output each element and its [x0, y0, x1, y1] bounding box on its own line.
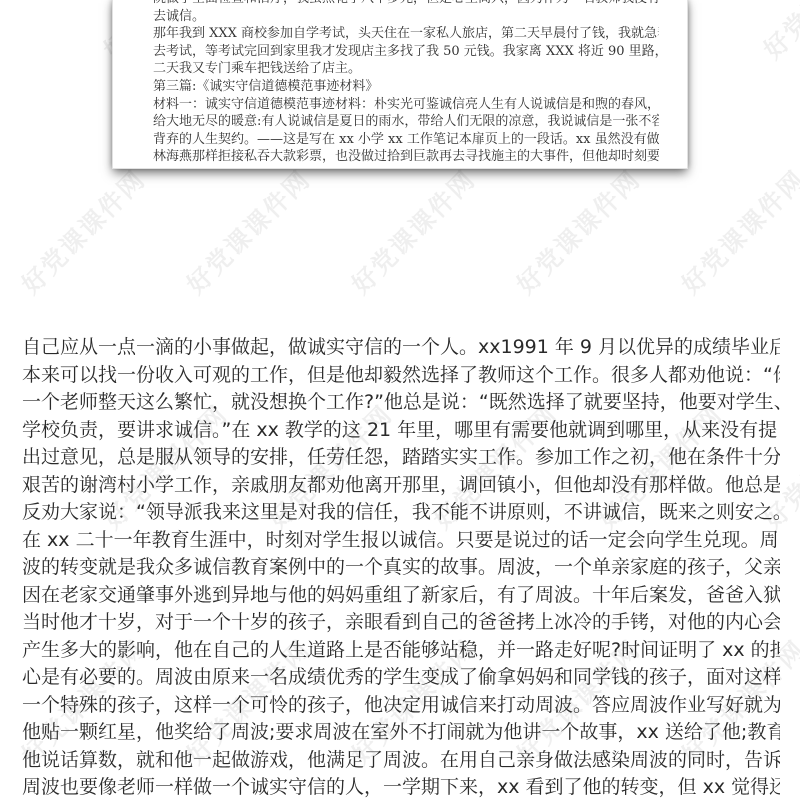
body-text-line: 本来可以找一份收入可观的工作，但是他却毅然选择了教师这个工作。很多人都劝他说：“…: [22, 362, 780, 390]
doc-preview-line: 去考试，等考试完回到家里我才发现店主多找了我 50 元钱。我家离 XXX 将近 …: [153, 43, 659, 61]
body-text-line: 周波也要像老师一样做一个诚实守信的人，一学期下来，xx 看到了他的转变，但 xx…: [22, 774, 780, 800]
body-text-line: 学校负责，要讲求诚信。”在 xx 教学的这 21 年里，哪里有需要他就调到哪里，…: [22, 417, 780, 445]
watermark-text: 好党课课件网: [178, 161, 318, 301]
body-text-line: 自己应从一点一滴的小事做起，做诚实守信的一个人。xx1991 年 9 月以优异的…: [22, 334, 780, 362]
body-text-line: 心是有必要的。周波由原来一名成绩优秀的学生变成了偷拿妈妈和同学钱的孩子，面对这样: [22, 664, 780, 692]
body-text-line: 产生多大的影响，他在自己的人生道路上是否能够站稳，并一路走好呢?时间证明了 xx…: [22, 637, 780, 665]
doc-preview-line: 二天我又专门乘车把钱送给了店主。: [153, 60, 659, 78]
watermark-text: 好党课课件网: [343, 161, 483, 301]
doc-preview-line: 林海燕那样拒接私吞大款彩票，也没做过拾到巨款再去寻找施主的大事件，但他却时刻要求: [153, 148, 659, 166]
doc-preview-line: 背弃的人生契约。——这是写在 xx 小学 xx 工作笔记本扉页上的一段话。xx …: [153, 131, 659, 149]
doc-preview-line: 去诚信。: [153, 8, 659, 26]
body-text-line: 他贴一颗红星，他奖给了周波;要求周波在室外不打闹就为他讲一个故事，xx 送给了他…: [22, 719, 780, 747]
doc-preview-line: 院做了全面检查和治疗，我虽然花了八十多元，但是心里高兴，因为作为一名教师我没有失: [153, 0, 659, 8]
body-text-line: 出过意见，总是服从领导的安排，任劳任怨，踏踏实实工作。参加工作之初，他在条件十分: [22, 444, 780, 472]
body-text-line: 波的转变就是我众多诚信教育案例中的一个真实的故事。周波，一个单亲家庭的孩子，父亲: [22, 554, 780, 582]
watermark-text: 好党课课件网: [13, 161, 153, 301]
watermark-text: 好党课课件网: [755, 0, 800, 66]
watermark-text: 好党课课件网: [508, 161, 648, 301]
body-text-line: 一个老师整天这么繁忙，就没想换个工作?”他总是说：“既然选择了就要坚持，他要对学…: [22, 389, 780, 417]
page-root: 好党课课件网好党课课件网好党课课件网好党课课件网好党课课件网好党课课件网好党课课…: [0, 0, 800, 800]
watermark-text: 好党课课件网: [673, 161, 800, 301]
body-text-line: 一个特殊的孩子，这样一个可怜的孩子，他决定用诚信来打动周波。答应周波作业写好就为: [22, 692, 780, 720]
document-preview-text: 院做了全面检查和治疗，我虽然花了八十多元，但是心里高兴，因为作为一名教师我没有失…: [113, 0, 687, 166]
doc-preview-line: 给大地无尽的暖意:有人说诚信是夏日的雨水，带给人们无限的凉意，我说诚信是一张不容: [153, 113, 659, 131]
body-text-line: 他说话算数，就和他一起做游戏，他满足了周波。在用自己亲身做法感染周波的同时，告诉: [22, 747, 780, 775]
body-text: 自己应从一点一滴的小事做起，做诚实守信的一个人。xx1991 年 9 月以优异的…: [22, 334, 780, 800]
doc-preview-line: 材料一：诚实守信道德模范事迹材料：朴实光可鉴诚信亮人生有人说诚信是和煦的春风，带: [153, 96, 659, 114]
doc-preview-line: 第三篇:《诚实守信道德模范事迹材料》: [153, 78, 659, 96]
doc-preview-line: 那年我到 XXX 商校参加自学考试，头天住在一家私人旅店，第二天早晨付了钱，我就…: [153, 25, 659, 43]
body-text-line: 艰苦的谢湾村小学工作，亲戚朋友都劝他离开那里，调回镇小，但他却没有那样做。他总是: [22, 472, 780, 500]
body-text-line: 当时他才十岁，对于一个十岁的孩子，亲眼看到自己的爸爸拷上冰冷的手铐，对他的内心会: [22, 609, 780, 637]
body-text-line: 因在老家交通肇事外逃到异地与他的妈妈重组了新家后，有了周波。十年后案发，爸爸入狱…: [22, 582, 780, 610]
document-preview-card: 院做了全面检查和治疗，我虽然花了八十多元，但是心里高兴，因为作为一名教师我没有失…: [112, 0, 688, 169]
body-text-line: 反劝大家说：“领导派我来这里是对我的信任，我不能不讲原则，不讲诚信，既来之则安之…: [22, 499, 780, 527]
body-text-line: 在 xx 二十一年教育生涯中，时刻对学生报以诚信。只要是说过的话一定会向学生兑现…: [22, 527, 780, 555]
